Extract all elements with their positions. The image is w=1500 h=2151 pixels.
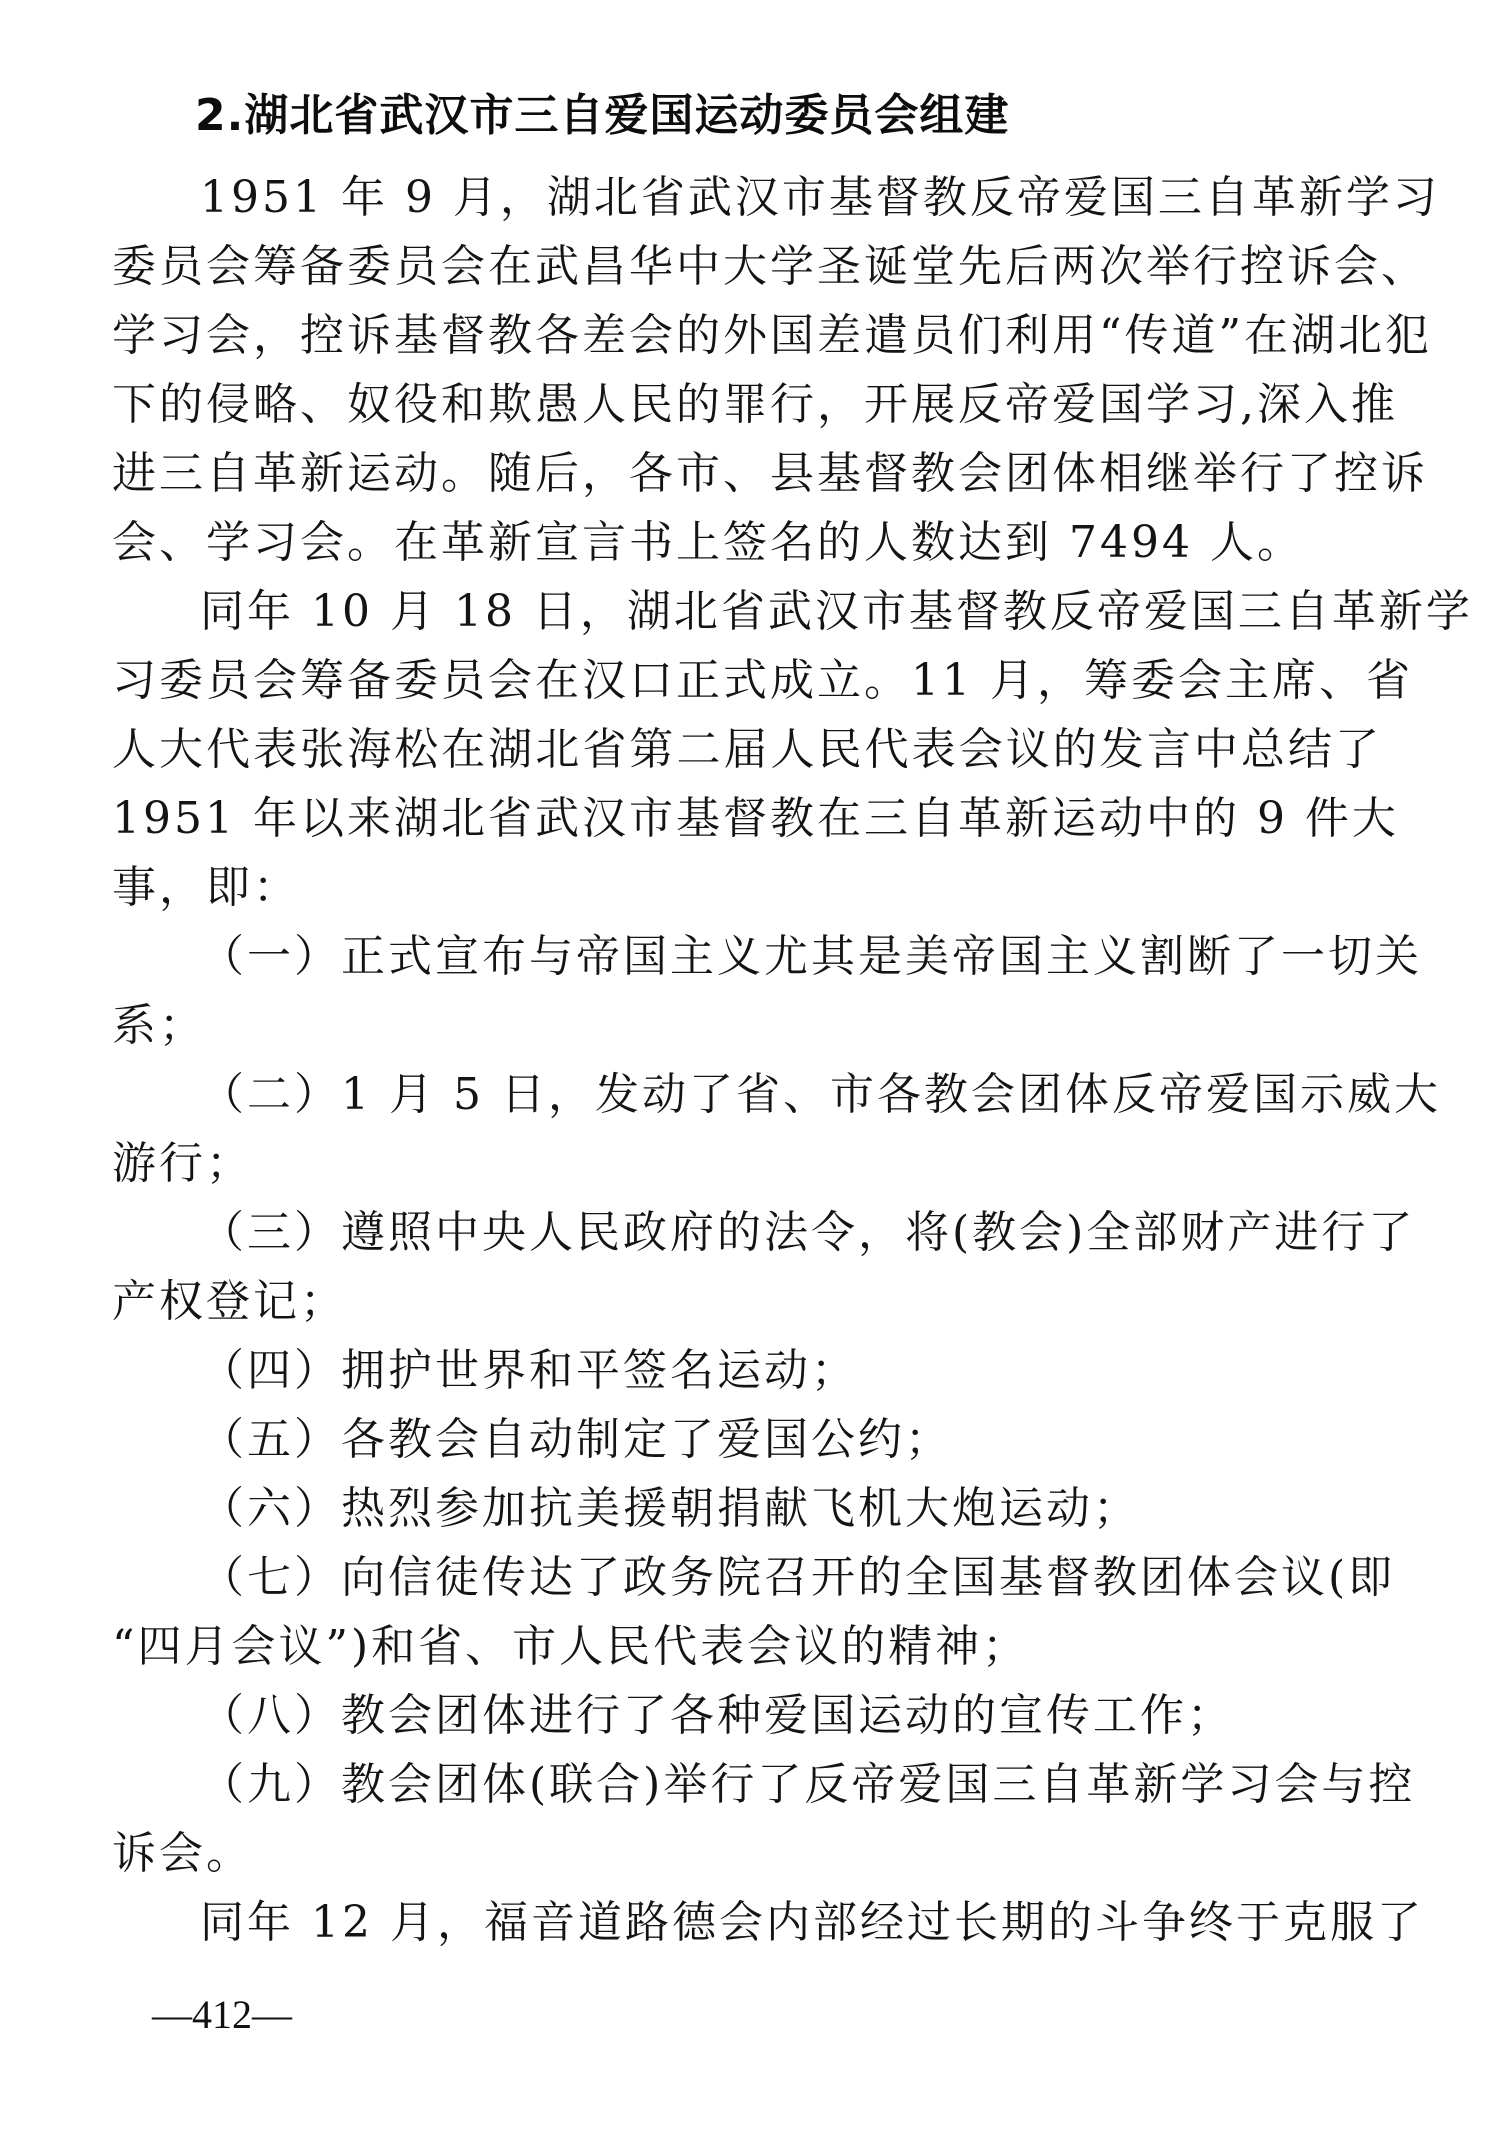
text-line: 产权登记； bbox=[112, 1274, 1382, 1330]
text-line: 游行； bbox=[112, 1136, 1382, 1192]
text-line: “四月会议”)和省、市人民代表会议的精神； bbox=[112, 1619, 1382, 1675]
section-heading: 2.湖北省武汉市三自爱国运动委员会组建 bbox=[195, 88, 1009, 144]
text-line: 1951 年以来湖北省武汉市基督教在三自革新运动中的 9 件大 bbox=[112, 791, 1382, 847]
text-line: （九）教会团体(联合)举行了反帝爱国三自革新学习会与控 bbox=[200, 1757, 1382, 1813]
text-line: 1951 年 9 月，湖北省武汉市基督教反帝爱国三自革新学习 bbox=[200, 170, 1382, 226]
text-line: （一）正式宣布与帝国主义尤其是美帝国主义割断了一切关 bbox=[200, 929, 1382, 985]
page-number: —412— bbox=[152, 1990, 292, 2040]
text-line: （五）各教会自动制定了爱国公约； bbox=[200, 1412, 1382, 1468]
text-line: （六）热烈参加抗美援朝捐献飞机大炮运动； bbox=[200, 1481, 1382, 1537]
text-line: （三）遵照中央人民政府的法令，将(教会)全部财产进行了 bbox=[200, 1205, 1382, 1261]
text-line: 委员会筹备委员会在武昌华中大学圣诞堂先后两次举行控诉会、 bbox=[112, 239, 1382, 295]
text-line: 会、学习会。在革新宣言书上签名的人数达到 7494 人。 bbox=[112, 515, 1382, 571]
text-line: 系； bbox=[112, 998, 1382, 1054]
text-line: （二）1 月 5 日，发动了省、市各教会团体反帝爱国示威大 bbox=[200, 1067, 1382, 1123]
text-line: 同年 10 月 18 日，湖北省武汉市基督教反帝爱国三自革新学 bbox=[200, 584, 1382, 640]
text-line: （四）拥护世界和平签名运动； bbox=[200, 1343, 1382, 1399]
text-line: （八）教会团体进行了各种爱国运动的宣传工作； bbox=[200, 1688, 1382, 1744]
document-page: 2.湖北省武汉市三自爱国运动委员会组建 1951 年 9 月，湖北省武汉市基督教… bbox=[0, 0, 1500, 2151]
text-line: 人大代表张海松在湖北省第二届人民代表会议的发言中总结了 bbox=[112, 722, 1382, 778]
text-line: 学习会，控诉基督教各差会的外国差遣员们利用“传道”在湖北犯 bbox=[112, 308, 1382, 364]
text-line: 同年 12 月，福音道路德会内部经过长期的斗争终于克服了 bbox=[200, 1895, 1382, 1951]
text-line: 事，即： bbox=[112, 860, 1382, 916]
text-line: 下的侵略、奴役和欺愚人民的罪行，开展反帝爱国学习,深入推 bbox=[112, 377, 1382, 433]
text-line: （七）向信徒传达了政务院召开的全国基督教团体会议(即 bbox=[200, 1550, 1382, 1606]
text-line: 诉会。 bbox=[112, 1826, 1382, 1882]
text-line: 习委员会筹备委员会在汉口正式成立。11 月，筹委会主席、省 bbox=[112, 653, 1382, 709]
text-line: 进三自革新运动。随后，各市、县基督教会团体相继举行了控诉 bbox=[112, 446, 1382, 502]
